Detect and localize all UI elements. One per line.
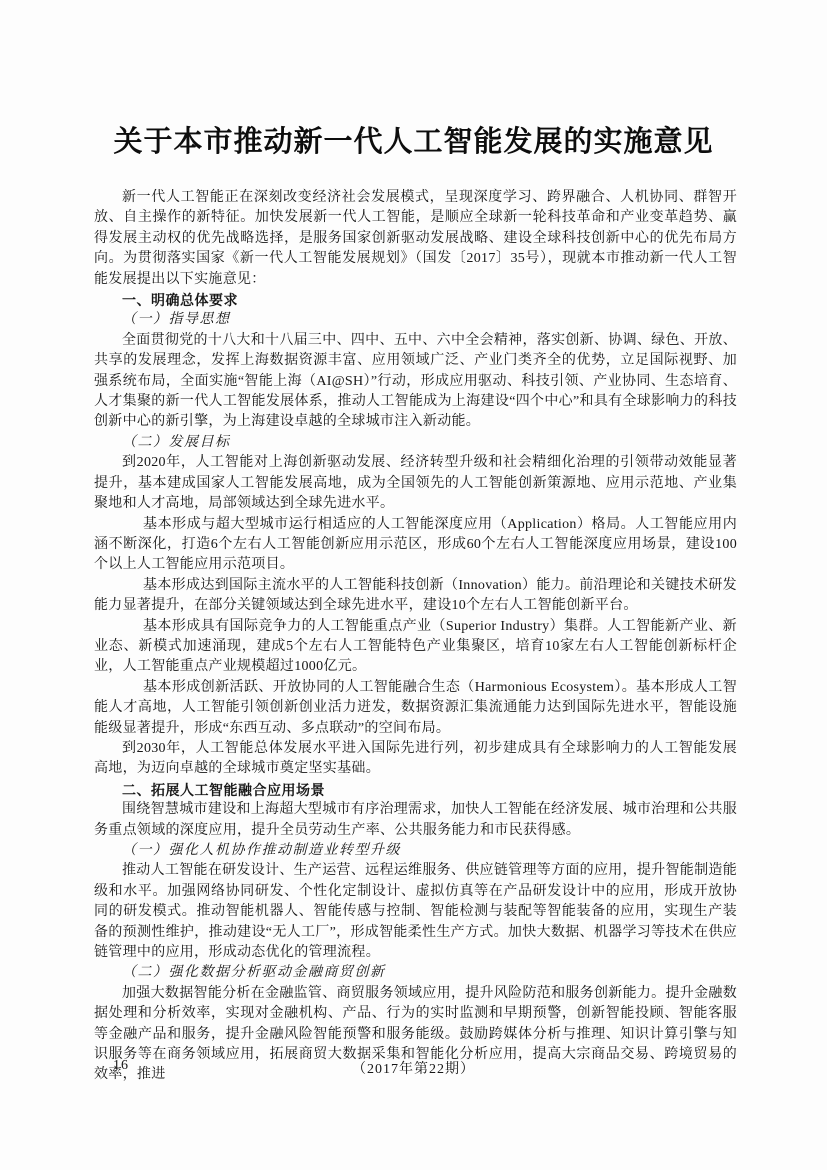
document-body: 新一代人工智能正在深刻改变经济社会发展模式，呈现深度学习、跨界融合、人机协同、群… — [94, 188, 737, 1086]
finance-trade-subheading: （二）强化数据分析驱动金融商贸创新 — [94, 963, 737, 983]
manufacturing-paragraph: 推动人工智能在研发设计、生产运营、远程运维服务、供应链管理等方面的应用，提升智能… — [94, 861, 737, 963]
section-2-intro-paragraph: 围绕智慧城市建设和上海超大型城市有序治理需求，加快人工智能在经济发展、城市治理和… — [94, 800, 737, 841]
goals-2020-paragraph: 到2020年，人工智能对上海创新驱动发展、经济转型升级和社会精细化治理的引领带动… — [94, 453, 737, 514]
issue-label: （2017年第22期） — [0, 1058, 827, 1078]
section-1-heading: 一、明确总体要求 — [94, 290, 737, 310]
goal-application-paragraph: 基本形成与超大型城市运行相适应的人工智能深度应用（Application）格局。… — [94, 515, 737, 576]
goals-2030-paragraph: 到2030年，人工智能总体发展水平进入国际先进行列，初步建成具有全球影响力的人工… — [94, 739, 737, 780]
guiding-ideology-subheading: （一）指导思想 — [94, 310, 737, 330]
goal-industry-paragraph: 基本形成具有国际竞争力的人工智能重点产业（Superior Industry）集… — [94, 617, 737, 678]
section-2-heading: 二、拓展人工智能融合应用场景 — [94, 780, 737, 800]
intro-paragraph: 新一代人工智能正在深刻改变经济社会发展模式，呈现深度学习、跨界融合、人机协同、群… — [94, 188, 737, 290]
goal-ecosystem-paragraph: 基本形成创新活跃、开放协同的人工智能融合生态（Harmonious Ecosys… — [94, 678, 737, 739]
goal-innovation-paragraph: 基本形成达到国际主流水平的人工智能科技创新（Innovation）能力。前沿理论… — [94, 576, 737, 617]
document-page: 关于本市推动新一代人工智能发展的实施意见 新一代人工智能正在深刻改变经济社会发展… — [0, 0, 827, 1170]
guiding-ideology-paragraph: 全面贯彻党的十八大和十八届三中、四中、五中、六中全会精神，落实创新、协调、绿色、… — [94, 331, 737, 433]
page-title: 关于本市推动新一代人工智能发展的实施意见 — [0, 122, 827, 162]
development-goals-subheading: （二）发展目标 — [94, 433, 737, 453]
manufacturing-subheading: （一）强化人机协作推动制造业转型升级 — [94, 841, 737, 861]
